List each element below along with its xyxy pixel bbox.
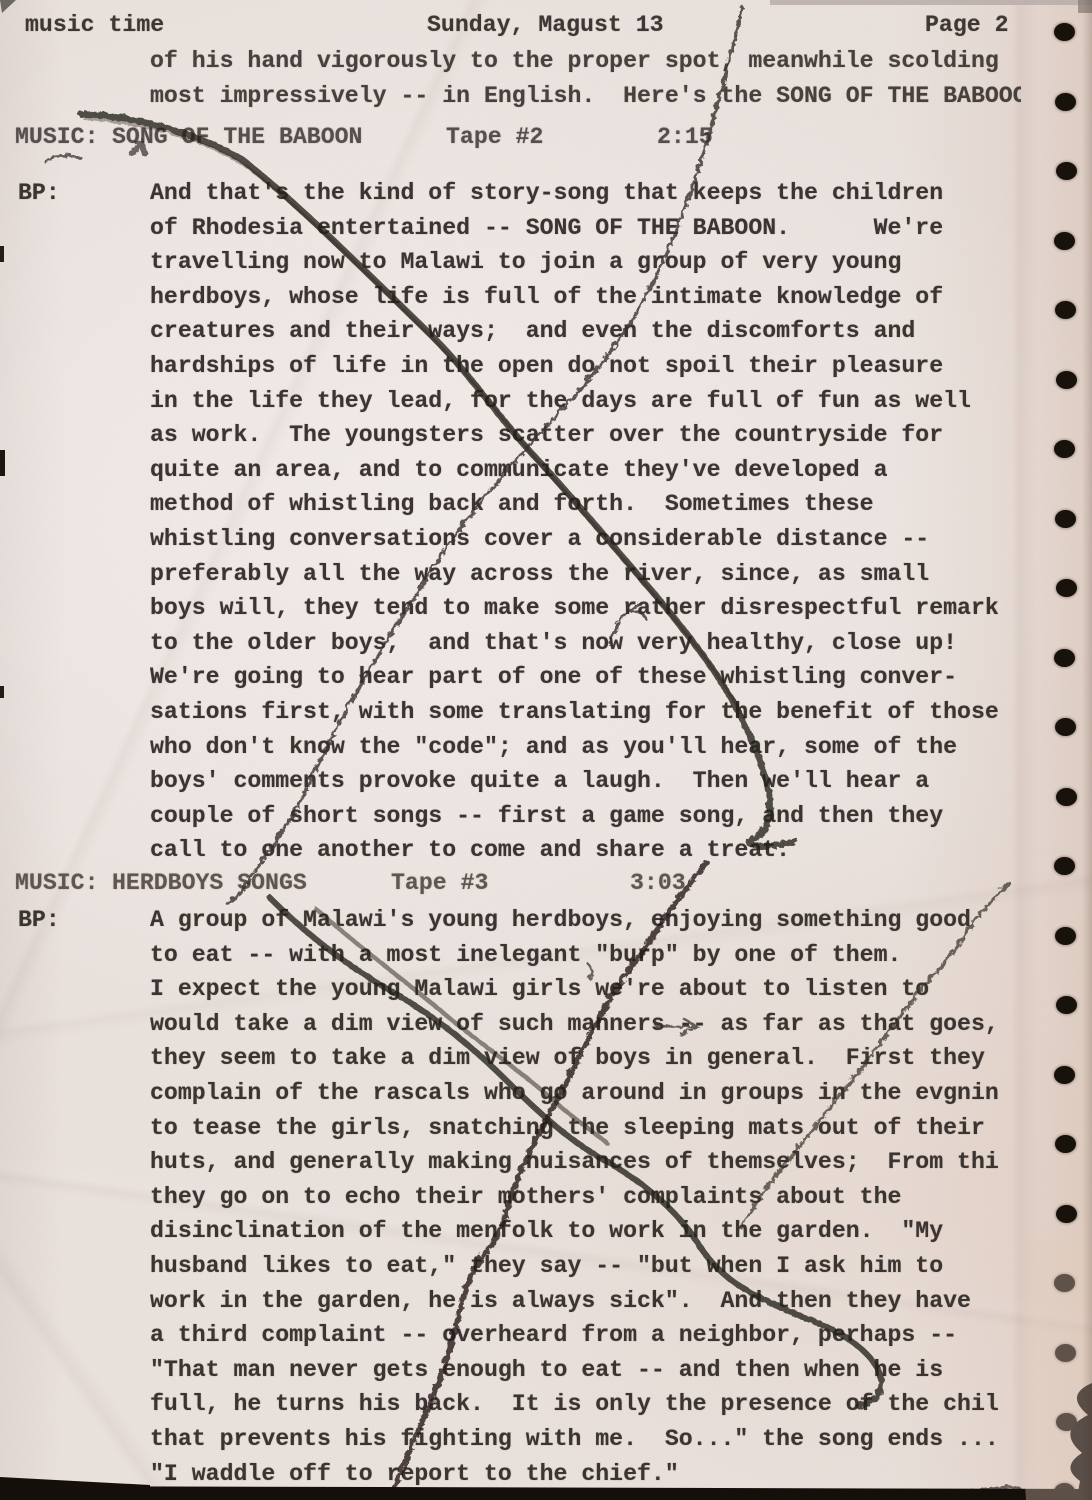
punch-hole	[1054, 1274, 1075, 1292]
cue-label: MUSIC:	[15, 120, 99, 155]
intro-block: of his hand vigorously to the proper spo…	[150, 44, 1021, 113]
margin-mark	[44, 155, 80, 160]
script-line: I expect the young Malawi girls we're ab…	[150, 972, 999, 1007]
right-edge-shadow	[1082, 0, 1092, 1500]
bottom-left-dark-bump	[0, 1477, 150, 1500]
para1-block: And that's the kind of story-song that k…	[150, 176, 999, 868]
cue-time: 2:15	[657, 120, 713, 155]
script-line: work in the garden, he is always sick". …	[150, 1284, 999, 1319]
punch-hole	[1054, 649, 1075, 667]
script-line: who don't know the "code"; and as you'll…	[150, 730, 999, 765]
punch-hole	[1056, 162, 1077, 180]
script-line: most impressively -- in English. Here's …	[150, 79, 1021, 114]
top-edge-shadow	[770, 0, 1092, 5]
script-line: quite an area, and to communicate they'v…	[150, 453, 999, 488]
punch-hole	[1056, 1413, 1077, 1431]
clipped-character: O	[1013, 79, 1021, 114]
script-line: "That man never gets enough to eat -- an…	[150, 1353, 999, 1388]
script-line: complain of the rascals who go around in…	[150, 1076, 999, 1111]
script-line: huts, and generally making nuisances of …	[150, 1145, 999, 1180]
scanned-script-page: music time Sunday, Magust 13 Page 2 of h…	[0, 0, 1092, 1500]
top-left-corner-speck	[0, 0, 16, 13]
punch-hole	[1056, 788, 1077, 806]
page-number: Page 2	[925, 8, 1009, 43]
punch-hole	[1056, 996, 1077, 1014]
punch-hole	[1054, 1066, 1075, 1084]
script-line: We're going to hear part of one of these…	[150, 660, 999, 695]
script-line: whistling conversations cover a consider…	[150, 522, 999, 557]
punch-hole	[1055, 1135, 1076, 1153]
script-line: creatures and their ways; and even the d…	[150, 314, 999, 349]
punch-hole	[1055, 718, 1076, 736]
script-line: sations first, with some translating for…	[150, 695, 999, 730]
script-line: "I waddle off to report to the chief."	[150, 1457, 999, 1492]
speaker-label-bp-2: BP:	[18, 903, 60, 938]
script-line: to eat -- with a most inelegant "burp" b…	[150, 938, 999, 973]
script-line: method of whistling back and forth. Some…	[150, 487, 999, 522]
punch-hole	[1054, 857, 1075, 875]
script-line: they seem to take a dim view of boys in …	[150, 1041, 999, 1076]
punch-hole	[1055, 510, 1076, 528]
punch-hole	[1056, 1205, 1077, 1223]
cue-tape: Tape #2	[446, 120, 543, 155]
script-line: a third complaint -- overheard from a ne…	[150, 1318, 999, 1353]
speaker-label-bp-1: BP:	[18, 176, 60, 211]
cue-tape: Tape #3	[391, 866, 488, 901]
script-line: boys will, they tend to make some rather…	[150, 591, 999, 626]
script-line: as work. The youngsters scatter over the…	[150, 418, 999, 453]
punch-hole	[1054, 1483, 1075, 1500]
script-line: travelling now to Malawi to join a group…	[150, 245, 999, 280]
punch-hole	[1056, 371, 1077, 389]
script-line: of Rhodesia entertained -- SONG OF THE B…	[150, 211, 999, 246]
left-edge-nub	[0, 246, 4, 262]
punch-hole	[1056, 579, 1077, 597]
punch-hole	[1054, 440, 1075, 458]
script-line: A group of Malawi's young herdboys, enjo…	[150, 903, 999, 938]
punch-hole	[1055, 1344, 1076, 1362]
script-line: hardships of life in the open do not spo…	[150, 349, 999, 384]
script-line: to the older boys, and that's now very h…	[150, 626, 999, 661]
left-edge-nub	[0, 686, 4, 698]
script-line: they go on to echo their mothers' compla…	[150, 1180, 999, 1215]
script-line: would take a dim view of such manners --…	[150, 1007, 999, 1042]
punch-hole	[1055, 93, 1076, 111]
script-line: to tease the girls, snatching the sleepi…	[150, 1111, 999, 1146]
cue-title: SONG OF THE BABOON	[112, 120, 362, 155]
date-heading: Sunday, Magust 13	[427, 8, 664, 43]
punch-hole	[1055, 927, 1076, 945]
punch-hole	[1054, 232, 1075, 250]
script-line: husband likes to eat," they say -- "but …	[150, 1249, 999, 1284]
cue-title: HERDBOYS SONGS	[112, 866, 307, 901]
cue-time: 3:03	[630, 866, 686, 901]
para2-block: A group of Malawi's young herdboys, enjo…	[150, 903, 999, 1491]
script-line: in the life they lead, for the days are …	[150, 384, 999, 419]
script-line: couple of short songs -- first a game so…	[150, 799, 999, 834]
script-line: herdboys, whose life is full of the inti…	[150, 280, 999, 315]
left-edge-nub	[0, 450, 5, 476]
script-line: preferably all the way across the river,…	[150, 557, 999, 592]
script-line: that prevents his fighting with me. So..…	[150, 1422, 999, 1457]
script-line: boys' comments provoke quite a laugh. Th…	[150, 764, 999, 799]
show-title: music time	[25, 8, 164, 43]
script-line: call to one another to come and share a …	[150, 833, 999, 868]
script-line: of his hand vigorously to the proper spo…	[150, 44, 1021, 79]
script-line: And that's the kind of story-song that k…	[150, 176, 999, 211]
punch-hole	[1055, 301, 1076, 319]
script-line: full, he turns his back. It is only the …	[150, 1387, 999, 1422]
cue-label: MUSIC:	[15, 866, 99, 901]
punch-hole	[1054, 23, 1075, 41]
script-line: disinclination of the menfolk to work in…	[150, 1214, 999, 1249]
